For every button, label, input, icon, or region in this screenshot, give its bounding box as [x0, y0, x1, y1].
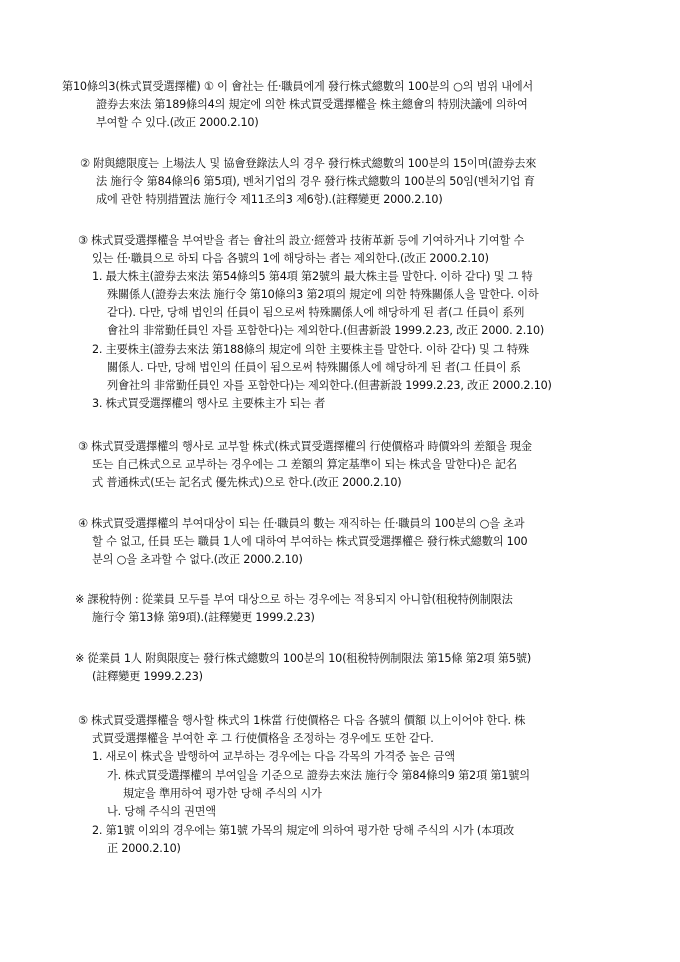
paragraph-3b-line: 또는 自己株式으로 교부하는 경우에는 그 差額의 算定基準이 되는 株式을 말…: [92, 458, 517, 472]
paragraph-3b-line: ③ 株式買受選擇權의 행사로 교부할 株式(株式買受選擇權의 行使價格과 時價와…: [78, 440, 532, 454]
paragraph-2-line: 成에 관한 特別措置法 施行令 제11조의3 제6항).(註釋變更 2000.2…: [96, 193, 443, 207]
paragraph-2-line: 法 施行令 第84條의6 第5項), 벤처기업의 경우 發行株式總數의 100분…: [96, 175, 535, 189]
note-2-line: (註釋變更 1999.2.23): [92, 670, 203, 684]
paragraph-3-line: ③ 株式買受選擇權을 부여받을 者는 會社의 設立·經營과 技術革新 등에 기여…: [78, 234, 524, 248]
list-item-3: 3. 株式買受選擇權의 행사로 主要株主가 되는 者: [92, 397, 325, 411]
list-item-1: 1. 最大株主(證券去來法 第54條의5 第4項 第2號의 最大株主를 말한다.…: [92, 270, 533, 284]
list-item-1: 1. 새로이 株式을 발행하여 교부하는 경우에는 다음 각목의 가격중 높은 …: [92, 750, 455, 764]
paragraph-2-line: ② 附與總限度는 上場法人 및 協會登錄法人의 경우 發行株式總數의 100분의…: [80, 157, 536, 171]
article-heading-line: 第10條의3(株式買受選擇權) ① 이 會社는 任·職員에게 發行株式總數의 1…: [62, 80, 533, 94]
paragraph-4-line: 분의 ○을 초과할 수 없다.(改正 2000.2.10): [92, 553, 303, 567]
list-item-2-cont: 正 2000.2.10): [107, 842, 181, 856]
article-line: 證券去來法 第189條의4의 規定에 의한 株式買受選擇權을 株主總會의 特別決…: [96, 98, 528, 112]
note-1-line: 施行令 第13條 第9項).(註釋變更 1999.2.23): [92, 611, 315, 625]
sub-item-ga: 가. 株式買受選擇權의 부여일을 기준으로 證券去來法 施行令 第84條의9 第…: [107, 769, 530, 783]
paragraph-4-line: ④ 株式買受選擇權의 부여대상이 되는 任·職員의 數는 재직하는 任·職員의 …: [78, 517, 524, 531]
list-item-1-cont: 같다). 다만, 당해 법인의 任員이 됨으로써 特殊關係人에 해당하게 된 者…: [107, 306, 524, 320]
paragraph-4-line: 할 수 없고, 任員 또는 職員 1人에 대하여 부여하는 株式買受選擇權은 發…: [92, 535, 527, 549]
paragraph-5-line: ⑤ 株式買受選擇權을 행사할 株式의 1株當 行使價格은 다음 各號의 價額 以…: [78, 714, 525, 728]
sub-item-na: 나. 당해 주식의 권면액: [107, 805, 216, 819]
paragraph-3b-line: 式 普通株式(또는 記名式 優先株式)으로 한다.(改正 2000.2.10): [92, 476, 401, 490]
note-2-line: ※ 從業員 1人 附與限度는 發行株式總數의 100분의 10(租稅特例制限法 …: [75, 652, 531, 666]
list-item-1-cont: 殊關係人(證券去來法 施行令 第10條의3 第2項의 規定에 의한 特殊關係人을…: [107, 288, 538, 302]
list-item-1-cont: 會社의 非常勤任員인 자를 포함한다)는 제외한다.(但書新設 1999.2.2…: [107, 324, 544, 338]
note-1-line: ※ 課稅特例 : 從業員 모두를 부여 대상으로 하는 경우에는 적용되지 아니…: [75, 593, 513, 607]
list-item-2-cont: 關係人. 다만, 당해 법인의 任員이 됨으로써 特殊關係人에 해당하게 된 者…: [107, 361, 521, 375]
article-line: 부여할 수 있다.(改正 2000.2.10): [96, 116, 259, 130]
list-item-2: 2. 主要株主(證券去來法 第188條의 規定에 의한 主要株主를 말한다. 이…: [92, 343, 529, 357]
sub-item-ga-cont: 規定을 準用하여 평가한 당해 주식의 시가: [123, 787, 322, 801]
paragraph-5-line: 式買受選擇權을 부여한 후 그 行使價格을 조정하는 경우에도 또한 같다.: [92, 732, 434, 746]
list-item-2: 2. 第1號 이외의 경우에는 第1號 가목의 規定에 의하여 평가한 당해 주…: [92, 824, 514, 838]
list-item-2-cont: 列會社의 非常勤任員인 자를 포함한다)는 제외한다.(但書新設 1999.2.…: [107, 379, 552, 393]
paragraph-3-line: 있는 任·職員으로 하되 다음 各號의 1에 해당하는 者는 제외한다.(改正 …: [92, 252, 489, 266]
